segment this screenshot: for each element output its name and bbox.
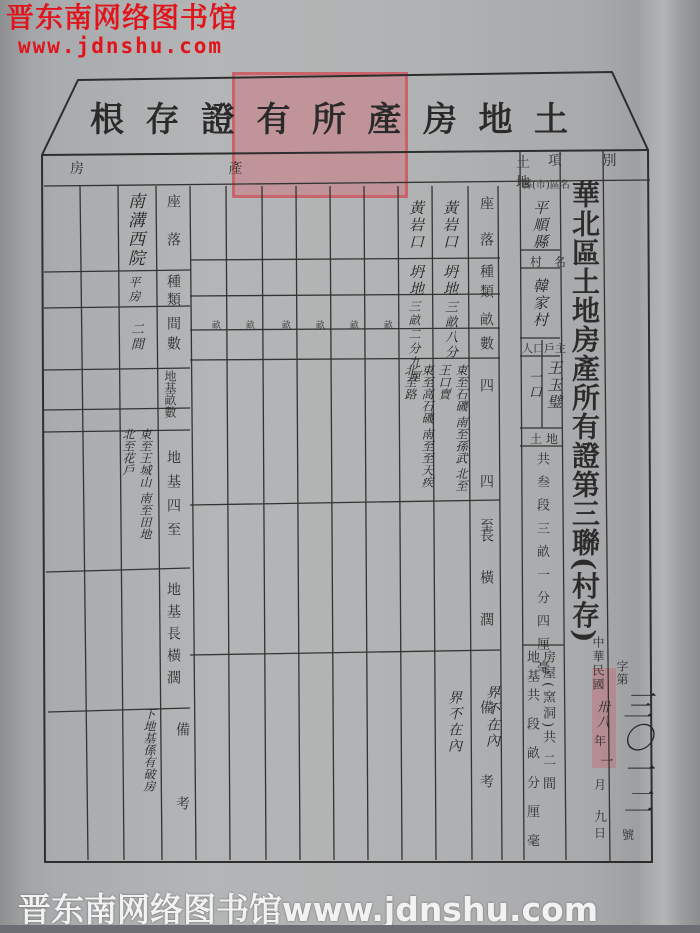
land-1-location: 黃岩口: [440, 200, 461, 251]
title-char: 存: [146, 92, 182, 141]
land-2-location: 黃岩口: [406, 200, 427, 251]
area-mark: 畝: [384, 318, 393, 331]
certificate-name: 華北區土地房產所有證第三聯(村存): [564, 180, 604, 644]
area-mark: 畝: [212, 318, 221, 331]
title-char: 有: [257, 92, 293, 141]
serial-suffix: 號: [622, 826, 634, 843]
house-row-remarks: 備考: [172, 722, 192, 870]
title-char: 所: [312, 92, 348, 141]
population-label: 人口: [522, 340, 544, 356]
title-char: 房: [423, 92, 459, 141]
land-1-remarks: 界不在內: [482, 685, 502, 749]
owner-value: 王玉璧: [544, 360, 565, 411]
date-year: 卅八: [592, 700, 611, 730]
title-char: 根: [90, 92, 126, 141]
land-label: 土地: [530, 430, 562, 447]
base-total: 地基共 段 畝 分 厘 毫: [522, 650, 541, 853]
land-row-dimensions: 長橫濶: [476, 528, 496, 654]
house-rooms: 二間: [126, 322, 145, 352]
title-char: 產: [368, 92, 404, 141]
village-label: 村 名: [530, 253, 570, 270]
house-remarks: 下地基係有破房: [124, 708, 158, 798]
land-2-boundaries: 東至高石磯 南至至天疾 北至路: [404, 364, 436, 494]
land-1-type: 坍地: [440, 264, 461, 298]
owner-label: 戶主: [544, 340, 566, 356]
date-month: 一: [594, 754, 613, 769]
house-location: 南溝西院: [122, 192, 147, 268]
house-row-location: 座落: [163, 194, 183, 270]
date-day: 九: [594, 806, 607, 825]
header-house-label: 房 產: [70, 158, 312, 178]
village-value: 韓家村: [530, 278, 551, 329]
date-month-unit: 月: [594, 776, 606, 793]
land-2-remarks: 界不在內: [444, 690, 464, 754]
date-day-unit: 日: [594, 824, 606, 841]
title-char: 證: [201, 92, 237, 141]
house-base-boundaries: 東至王城山 南至田地 北至花戶: [120, 428, 154, 548]
county-label: 縣(市)區名: [522, 176, 570, 191]
land-four-mark: 四: [476, 378, 496, 398]
house-row-rooms: 間數: [163, 316, 183, 356]
land-total: 共 叁 段 三 畝 一 分 四 厘 毫: [532, 452, 551, 676]
house-row-base-dimensions: 地基長橫濶: [163, 582, 183, 692]
land-row-type: 種類: [476, 264, 496, 304]
date-year-unit: 年: [594, 732, 606, 749]
land-row-area: 畝數: [476, 312, 496, 360]
house-row-base-boundaries: 地基四至: [163, 450, 183, 546]
area-mark: 畝: [350, 318, 359, 331]
land-1-boundaries: 東至石磯 南至孫武 北至王口賣: [440, 364, 470, 494]
serial-number: 三〇一二: [612, 690, 656, 818]
date-era: 中華民國: [590, 636, 607, 692]
area-mark: 畝: [316, 318, 325, 331]
house-type: 平房: [126, 276, 143, 304]
bottom-shadow-bar: [0, 925, 700, 933]
house-row-base-area: 地基畝數: [162, 370, 179, 418]
title-char: 地: [479, 92, 515, 141]
population-value: 一口: [524, 370, 543, 400]
county-value: 平順縣: [530, 200, 551, 251]
house-row-type: 種類: [163, 274, 183, 310]
document-title: 根 存 證 有 所 產 房 地 土: [90, 92, 570, 141]
watermark-bottom: 晋东南网络图书馆www.jdnshu.com: [18, 892, 598, 928]
land-2-type: 坍地: [406, 264, 427, 298]
area-mark: 畝: [282, 318, 291, 331]
title-char: 土: [534, 92, 570, 141]
area-mark: 畝: [246, 318, 255, 331]
serial-prefix: 字第: [614, 660, 631, 686]
land-row-location: 座落: [476, 196, 496, 268]
land-1-area: 三畝八分: [440, 300, 459, 360]
